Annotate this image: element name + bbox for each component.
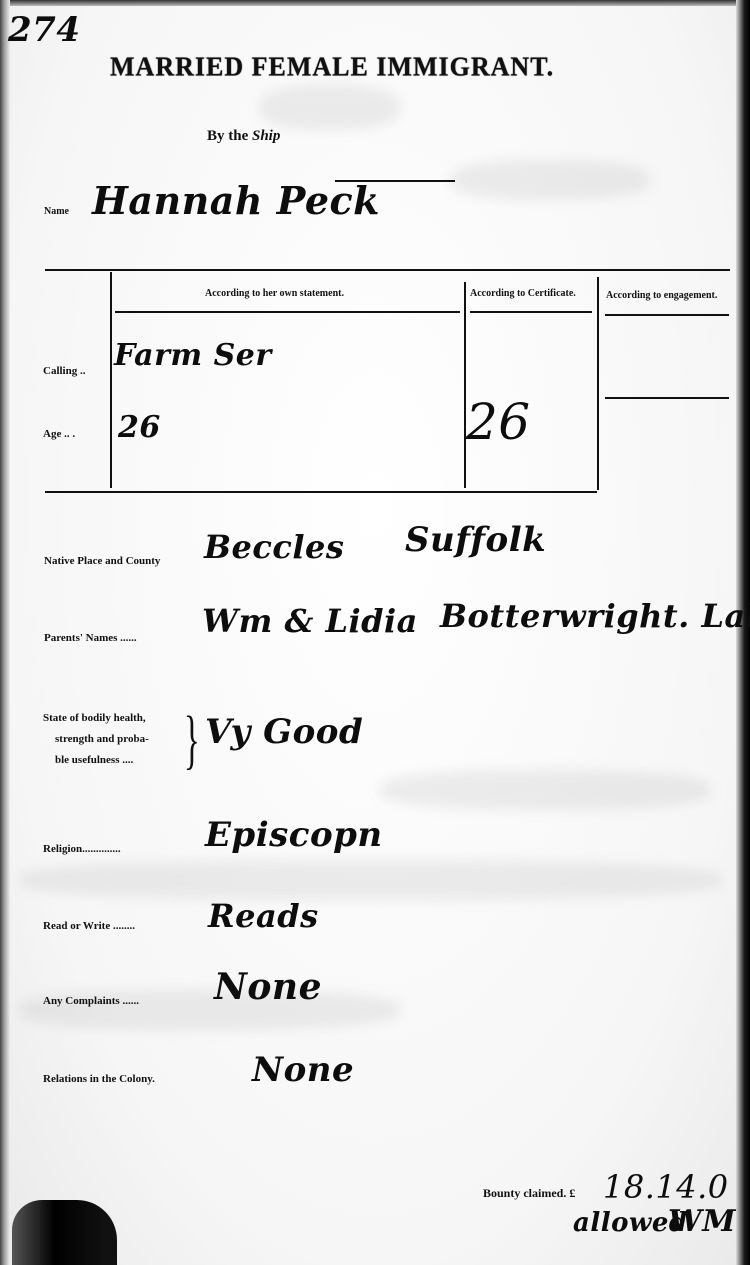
header-rule	[605, 314, 729, 316]
bounty-value: 18.14.0	[603, 1168, 729, 1206]
health-label-line: State of bodily health,	[43, 708, 149, 729]
approver-initials: WM	[668, 1204, 736, 1239]
page-left-edge	[0, 0, 10, 1265]
name-value: Hannah Peck	[92, 178, 380, 223]
age-certificate-value: 26	[466, 393, 531, 451]
column-header-certificate: According to Certificate.	[470, 288, 576, 299]
form-title: MARRIED FEMALE IMMIGRANT.	[110, 51, 690, 83]
parents-names-value: Wm & Lidia	[202, 602, 418, 640]
table-top-rule	[45, 269, 730, 271]
calling-own-statement-value: Farm Ser	[114, 338, 272, 373]
native-county-value: Suffolk	[405, 520, 546, 560]
ink-bleed-smudge	[260, 85, 400, 130]
health-label: State of bodily health, strength and pro…	[43, 708, 149, 771]
age-own-statement-value: 26	[118, 410, 161, 445]
calling-label: Calling ..	[43, 365, 85, 377]
folio-number: 274	[8, 10, 80, 50]
native-place-label: Native Place and County	[44, 555, 160, 567]
read-write-label: Read or Write ........	[43, 920, 135, 932]
scanner-thumb-shadow	[12, 1200, 117, 1265]
engagement-row-rule	[605, 397, 729, 399]
table-divider	[597, 277, 599, 490]
page-top-edge	[0, 0, 750, 6]
table-divider	[110, 272, 112, 488]
brace-icon: }	[184, 707, 200, 773]
religion-label: Religion..............	[43, 843, 121, 855]
document-page: 274 MARRIED FEMALE IMMIGRANT. By the Shi…	[0, 0, 750, 1265]
ship-label-word: Ship	[252, 128, 280, 144]
header-rule	[115, 311, 460, 313]
read-write-value: Reads	[208, 897, 319, 935]
health-label-line: strength and proba-	[43, 729, 149, 750]
complaints-label: Any Complaints ......	[43, 995, 139, 1007]
native-place-value: Beccles	[204, 528, 344, 566]
health-value: Vy Good	[205, 712, 363, 752]
religion-value: Episcopn	[205, 815, 383, 855]
column-header-engagement: According to engagement.	[606, 290, 717, 301]
health-label-line: ble usefulness ....	[43, 750, 149, 771]
table-bottom-rule	[45, 491, 597, 493]
relations-label: Relations in the Colony.	[43, 1073, 155, 1085]
age-label: Age .. .	[43, 428, 75, 440]
ship-label-prefix: By the	[207, 128, 248, 144]
header-rule	[470, 311, 592, 313]
ink-bleed-smudge	[20, 860, 720, 900]
bounty-label: Bounty claimed. £	[483, 1186, 575, 1201]
ink-bleed-smudge	[380, 770, 710, 810]
parents-surname-value: Botterwright. Labr	[440, 597, 750, 635]
table-divider	[464, 282, 466, 488]
column-header-own-statement: According to her own statement.	[205, 288, 344, 299]
ink-bleed-smudge	[450, 160, 650, 200]
name-label: Name	[44, 206, 69, 217]
relations-value: None	[252, 1050, 354, 1090]
complaints-value: None	[214, 966, 322, 1008]
parents-names-label: Parents' Names ......	[44, 632, 137, 644]
ship-label: By the Ship	[207, 128, 280, 145]
